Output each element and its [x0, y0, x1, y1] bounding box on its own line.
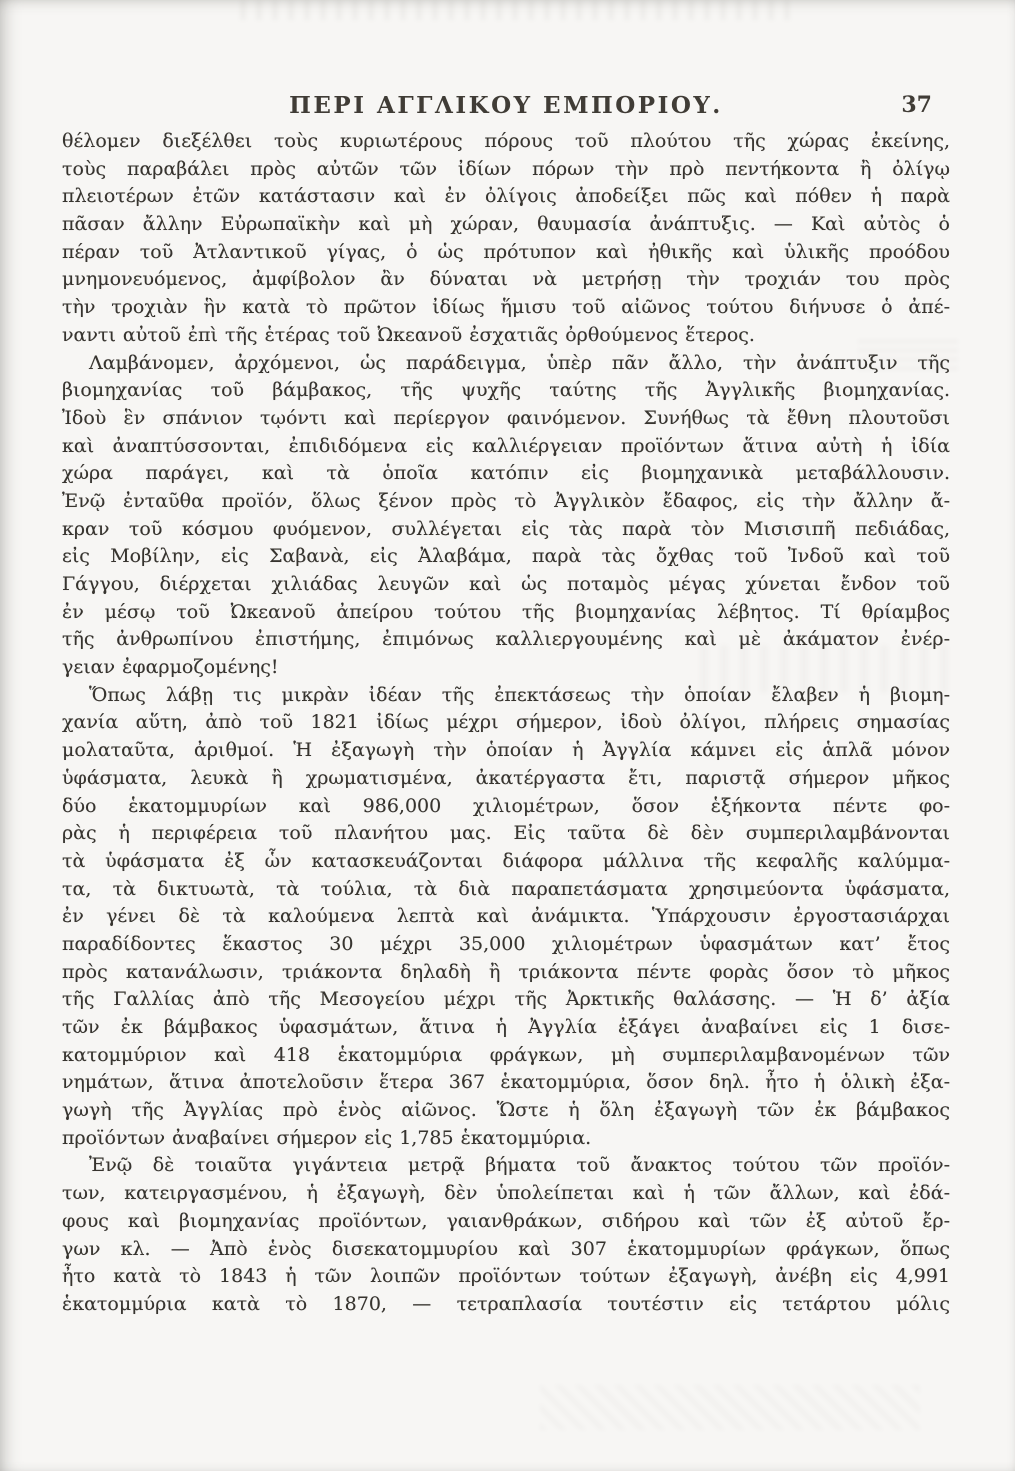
paragraph: θέλομεν διεξέλθει τοὺς κυριωτέρους πόρου…	[62, 128, 950, 350]
text-line: ἦτο κατὰ τὸ 1843 ἡ τῶν λοιπῶν προϊόντων …	[62, 1263, 950, 1291]
text-line: χανία αὕτη, ἀπὸ τοῦ 1821 ἰδίως μέχρι σήμ…	[62, 709, 950, 737]
text-line: τοὺς παραβάλει πρὸς αὐτῶν τῶν ἰδίων πόρω…	[62, 156, 950, 184]
paragraph: Ὅπως λάβῃ τις μικρὰν ἰδέαν τῆς ἐπεκτάσεω…	[62, 682, 950, 1153]
text-line: μνημονευόμενος, ἀμφίβολον ἂν δύναται νὰ …	[62, 266, 950, 294]
page-number: 37	[901, 92, 932, 118]
text-line: ναντι αὐτοῦ ἐπὶ τῆς ἑτέρας τοῦ Ὠκεανοῦ ἐ…	[62, 322, 950, 350]
text-line: κατομμύριον καὶ 418 ἑκατομμύρια φράγκων,…	[62, 1042, 950, 1070]
page-header: ΠΕΡΙ ΑΓΓΛΙΚΟΥ ΕΜΠΟΡΙΟΥ. 37	[62, 92, 950, 126]
text-line: ἐν μέσῳ τοῦ Ὠκεανοῦ ἀπείρου τούτου τῆς β…	[62, 599, 950, 627]
text-line: μολαταῦτα, ἀριθμοί. Ἡ ἐξαγωγὴ τὴν ὁποίαν…	[62, 737, 950, 765]
text-line: παραδίδοντες ἕκαστος 30 μέχρι 35,000 χιλ…	[62, 931, 950, 959]
text-line: βιομηχανίας τοῦ βάμβακος, τῆς ψυχῆς ταύτ…	[62, 377, 950, 405]
text-line: καὶ ἀναπτύσσονται, ἐπιδιδόμενα εἰς καλλι…	[62, 433, 950, 461]
text-line: γειαν ἐφαρμοζομένης!	[62, 654, 950, 682]
text-line: κραν τοῦ κόσμου φυόμενον, συλλέγεται εἰς…	[62, 516, 950, 544]
text-line: Γάγγου, διέρχεται χιλιάδας λευγῶν καὶ ὡς…	[62, 571, 950, 599]
text-line: Ἐνῷ δὲ τοιαῦτα γιγάντεια μετρᾷ βήματα το…	[62, 1152, 950, 1180]
text-line: τῆς Γαλλίας ἀπὸ τῆς Μεσογείου μέχρι τῆς …	[62, 986, 950, 1014]
text-line: ὑφάσματα, λευκὰ ἢ χρωματισμένα, ἀκατέργα…	[62, 765, 950, 793]
text-line: εἰς Μοβίλην, εἰς Σαβανὰ, εἰς Ἀλαβάμα, πα…	[62, 543, 950, 571]
text-line: τὰ ὑφάσματα ἐξ ὧν κατασκευάζονται διάφορ…	[62, 848, 950, 876]
text-line: χώρα παράγει, καὶ τὰ ὁποῖα κατόπιν εἰς β…	[62, 460, 950, 488]
book-page: ΠΕΡΙ ΑΓΓΛΙΚΟΥ ΕΜΠΟΡΙΟΥ. 37 θέλομεν διεξέ…	[0, 0, 1015, 1471]
text-line: πρὸς κατανάλωσιν, τριάκοντα δηλαδὴ ἢ τρι…	[62, 959, 950, 987]
paragraph: Ἐνῷ δὲ τοιαῦτα γιγάντεια μετρᾷ βήματα το…	[62, 1152, 950, 1318]
text-line: τα, τὰ δικτυωτὰ, τὰ τούλια, τὰ διὰ παραπ…	[62, 876, 950, 904]
text-line: προϊόντων ἀναβαίνει σήμερον εἰς 1,785 ἑκ…	[62, 1125, 950, 1153]
text-line: τῆς ἀνθρωπίνου ἐπιστήμης, ἐπιμόνως καλλι…	[62, 626, 950, 654]
scan-artifact	[240, 0, 800, 20]
text-line: γων κλ. — Ἀπὸ ἑνὸς δισεκατομμυρίου καὶ 3…	[62, 1236, 950, 1264]
text-line: ἐν γένει δὲ τὰ καλούμενα λεπτὰ καὶ ἀνάμι…	[62, 903, 950, 931]
text-line: Λαμβάνομεν, ἀρχόμενοι, ὡς παράδειγμα, ὑπ…	[62, 350, 950, 378]
text-line: τῶν ἐκ βάμβακος ὑφασμάτων, ἅτινα ἡ Ἀγγλί…	[62, 1014, 950, 1042]
text-line: ἑκατομμύρια κατὰ τὸ 1870, — τετραπλασία …	[62, 1291, 950, 1319]
text-line: τὴν τροχιὰν ἣν κατὰ τὸ πρῶτον ἰδίως ἥμισ…	[62, 294, 950, 322]
text-line: ρὰς ἡ περιφέρεια τοῦ πλανήτου μας. Εἰς τ…	[62, 820, 950, 848]
scan-artifact	[540, 1385, 920, 1430]
text-line: Ἰδοὺ ἓν σπάνιον τῳόντι καὶ περίεργον φαι…	[62, 405, 950, 433]
text-line: Ἐνῷ ἐνταῦθα προϊόν, ὅλως ξένον πρὸς τὸ Ἀ…	[62, 488, 950, 516]
text-line: γωγὴ τῆς Ἀγγλίας πρὸ ἑνὸς αἰῶνος. Ὥστε ἡ…	[62, 1097, 950, 1125]
text-line: δύο ἑκατομμυρίων καὶ 986,000 χιλιομέτρων…	[62, 793, 950, 821]
text-line: πέραν τοῦ Ἀτλαντικοῦ γίγας, ὁ ὡς πρότυπο…	[62, 239, 950, 267]
text-line: θέλομεν διεξέλθει τοὺς κυριωτέρους πόρου…	[62, 128, 950, 156]
text-block: θέλομεν διεξέλθει τοὺς κυριωτέρους πόρου…	[62, 128, 950, 1319]
text-line: πλειοτέρων ἐτῶν κατάστασιν καὶ ἐν ὀλίγοι…	[62, 183, 950, 211]
text-line: των, κατειργασμένου, ἡ ἐξαγωγὴ, δὲν ὑπολ…	[62, 1180, 950, 1208]
paragraph: Λαμβάνομεν, ἀρχόμενοι, ὡς παράδειγμα, ὑπ…	[62, 350, 950, 682]
text-line: πᾶσαν ἄλλην Εὐρωπαϊκὴν καὶ μὴ χώραν, θαυ…	[62, 211, 950, 239]
text-line: Ὅπως λάβῃ τις μικρὰν ἰδέαν τῆς ἐπεκτάσεω…	[62, 682, 950, 710]
text-line: φους καὶ βιομηχανίας προϊόντων, γαιανθρά…	[62, 1208, 950, 1236]
text-line: νημάτων, ἅτινα ἀποτελοῦσιν ἕτερα 367 ἑκα…	[62, 1069, 950, 1097]
page-title: ΠΕΡΙ ΑΓΓΛΙΚΟΥ ΕΜΠΟΡΙΟΥ.	[62, 92, 950, 119]
